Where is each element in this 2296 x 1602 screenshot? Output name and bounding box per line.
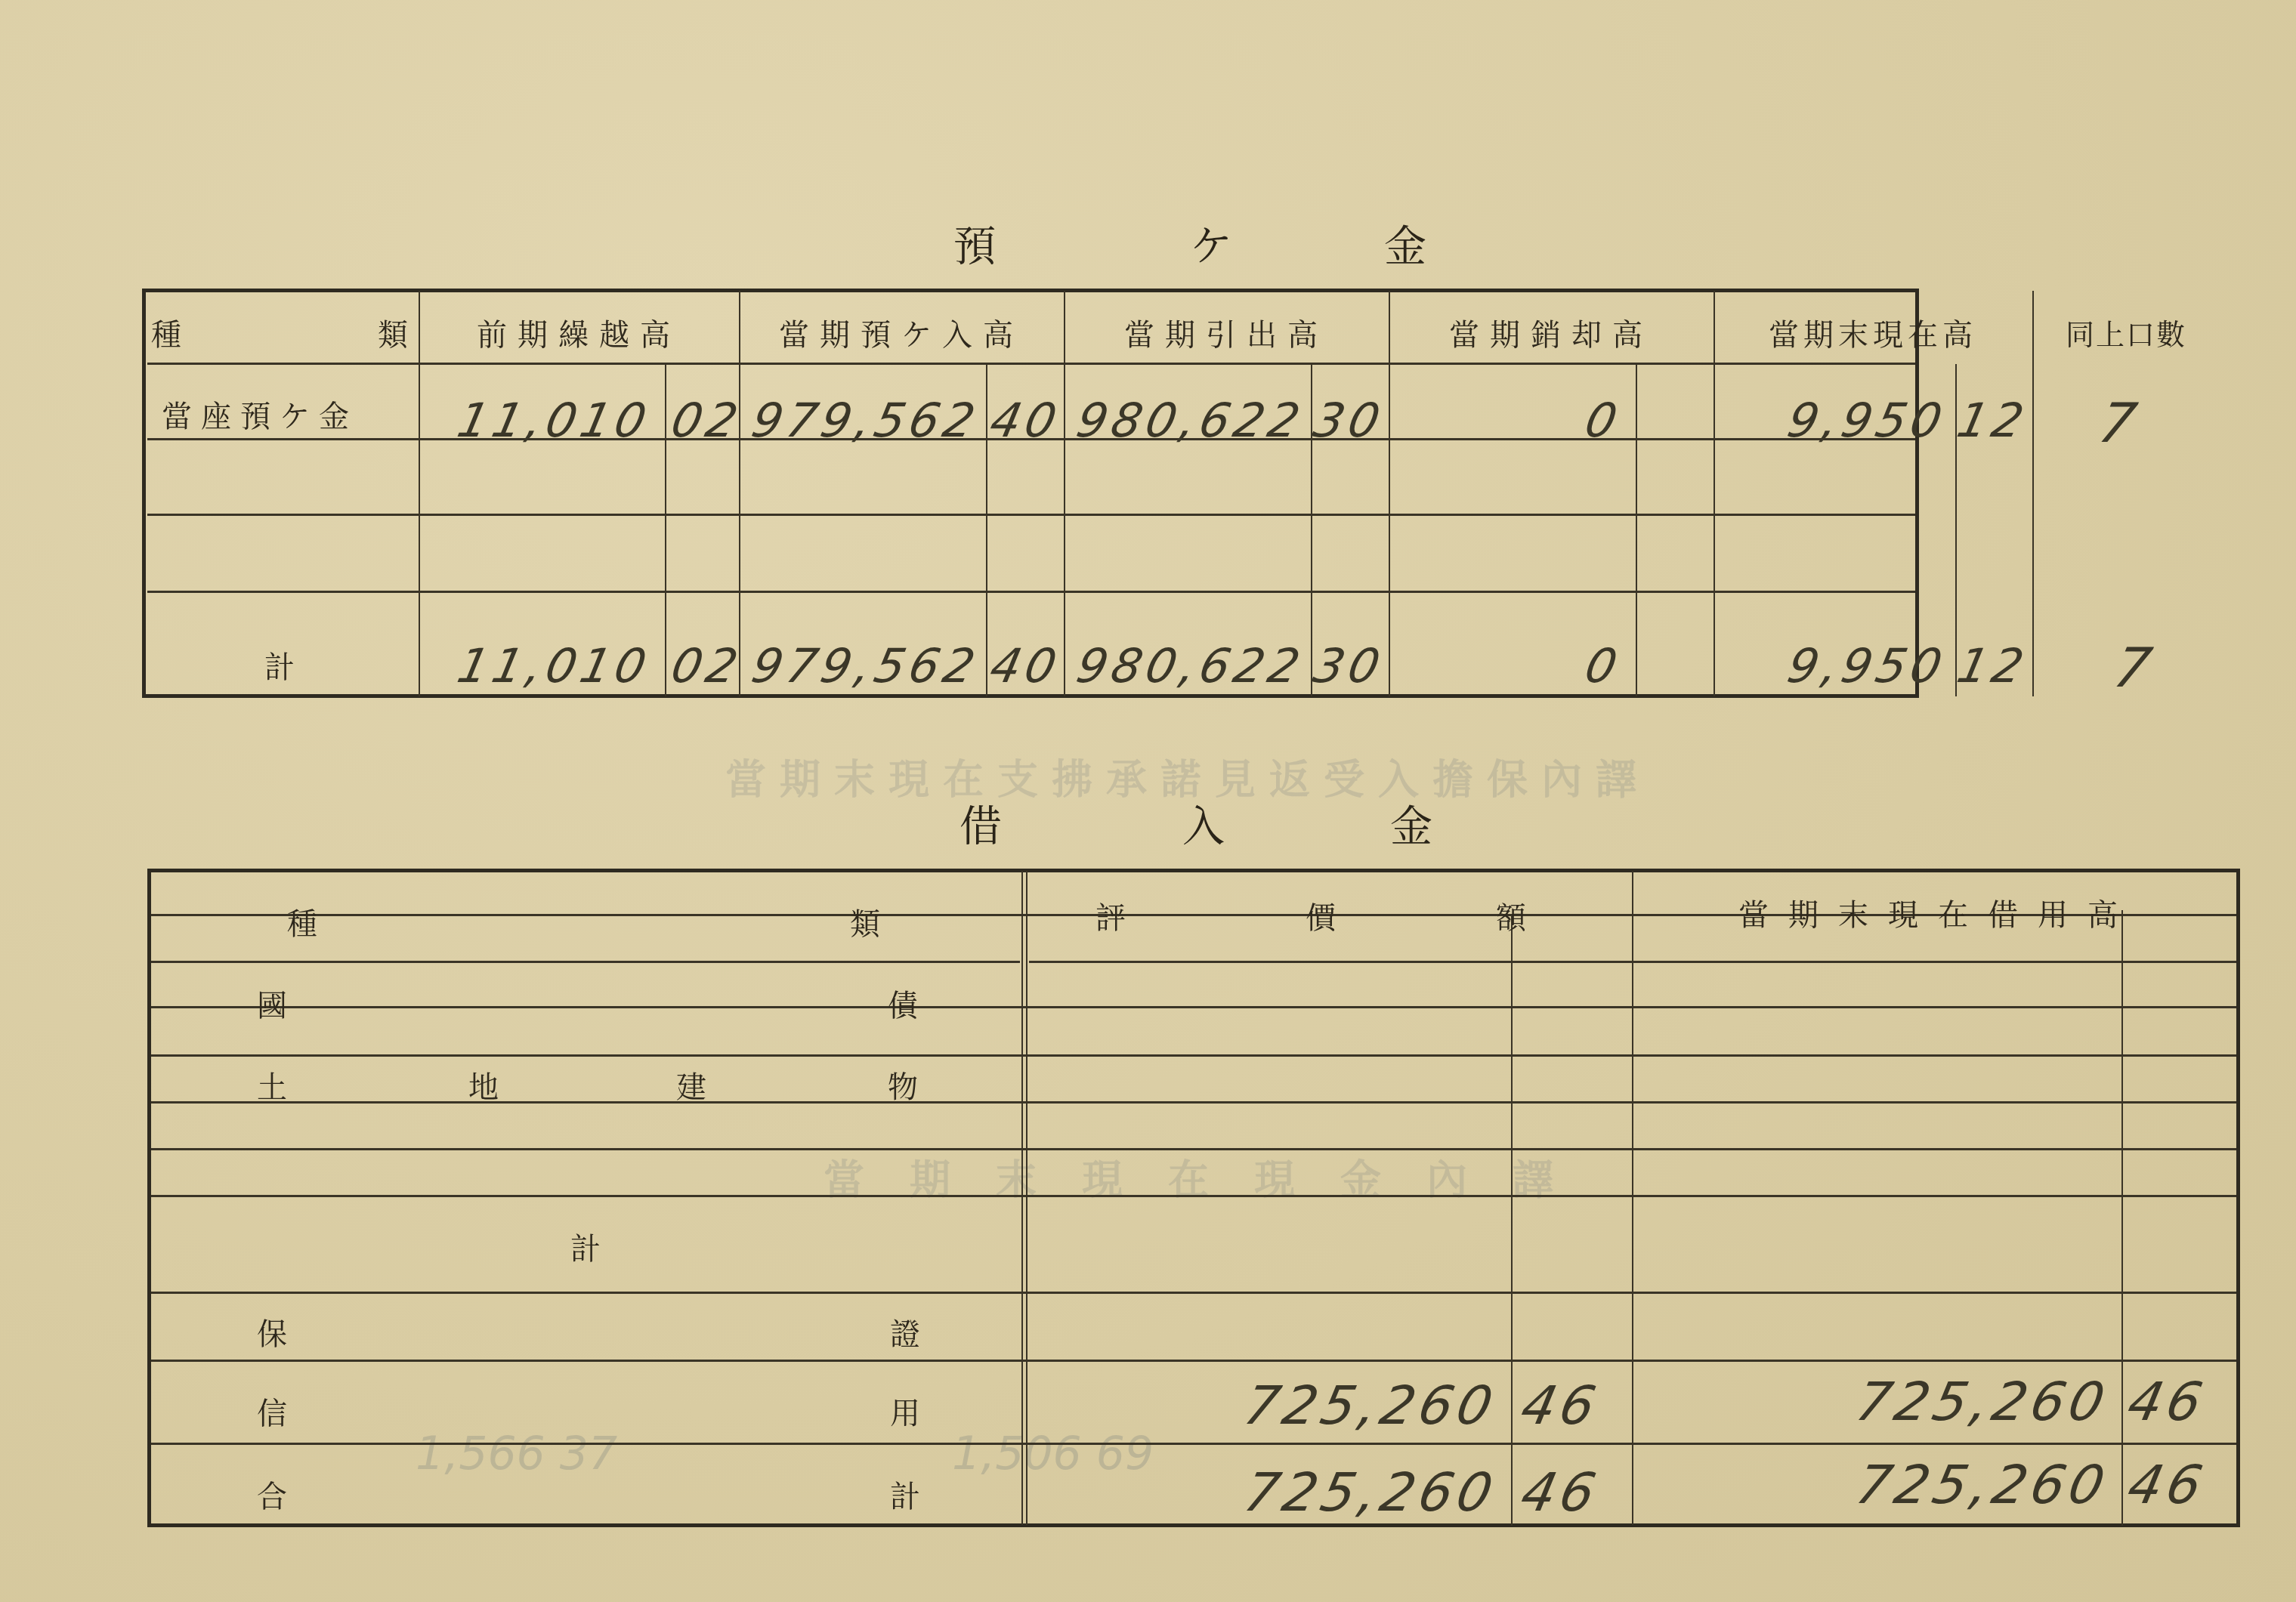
column-header-count: 同上口數	[2034, 311, 2218, 353]
account-count: 7	[2109, 636, 2162, 699]
amount-sen: 40	[985, 393, 1065, 448]
balance-sen: 46	[2122, 1454, 2212, 1516]
column-header-end-balance: 當期末現在高	[1715, 311, 2031, 354]
amount-yen: 11,010	[417, 638, 656, 693]
amount-sen: 30	[1309, 638, 1389, 693]
amount-sen: 02	[666, 638, 746, 693]
column-header-end-borrowing-balance: 當期末現在借用高	[1639, 891, 2236, 934]
column-header-withdrawals: 當期引出高	[1065, 311, 1387, 354]
amount-sen: 02	[666, 393, 746, 448]
column-header-deposits-in: 當期預ケ入高	[740, 311, 1062, 354]
column-header-type-left: 種	[287, 900, 317, 943]
amount-yen: 9,950	[1713, 393, 1951, 448]
amount-yen: 980,622	[1063, 393, 1309, 448]
balance-yen: 725,260	[1784, 1371, 2114, 1433]
valuation-yen: 725,260	[1172, 1462, 1502, 1523]
column-header-prev-balance: 前期繰越高	[420, 311, 737, 354]
row-label: 當座預ケ金	[162, 393, 358, 436]
column-header-writeoff: 當期銷却高	[1390, 311, 1712, 354]
amount-sen: 12	[1952, 638, 2032, 693]
column-header-type-right: 類	[850, 900, 880, 943]
amount-sen: 30	[1309, 393, 1389, 448]
amount-yen: 979,562	[738, 638, 984, 693]
amount-yen: 9,950	[1713, 638, 1951, 693]
row-label-total: 計	[264, 644, 295, 687]
valuation-sen: 46	[1516, 1462, 1605, 1523]
valuation-sen: 46	[1516, 1375, 1605, 1437]
amount-sen: 12	[1952, 393, 2032, 448]
amount-yen: 979,562	[738, 393, 984, 448]
amount-yen: 980,622	[1063, 638, 1309, 693]
amount-yen: 11,010	[417, 393, 656, 448]
account-count: 7	[2094, 391, 2146, 455]
valuation-yen: 725,260	[1172, 1375, 1502, 1437]
column-header-type: 種 類	[151, 311, 416, 354]
balance-sen: 46	[2122, 1371, 2212, 1433]
amount-sen: 40	[985, 638, 1065, 693]
amount-yen: 0	[1388, 393, 1627, 448]
balance-yen: 725,260	[1784, 1454, 2114, 1516]
amount-yen: 0	[1388, 638, 1627, 693]
